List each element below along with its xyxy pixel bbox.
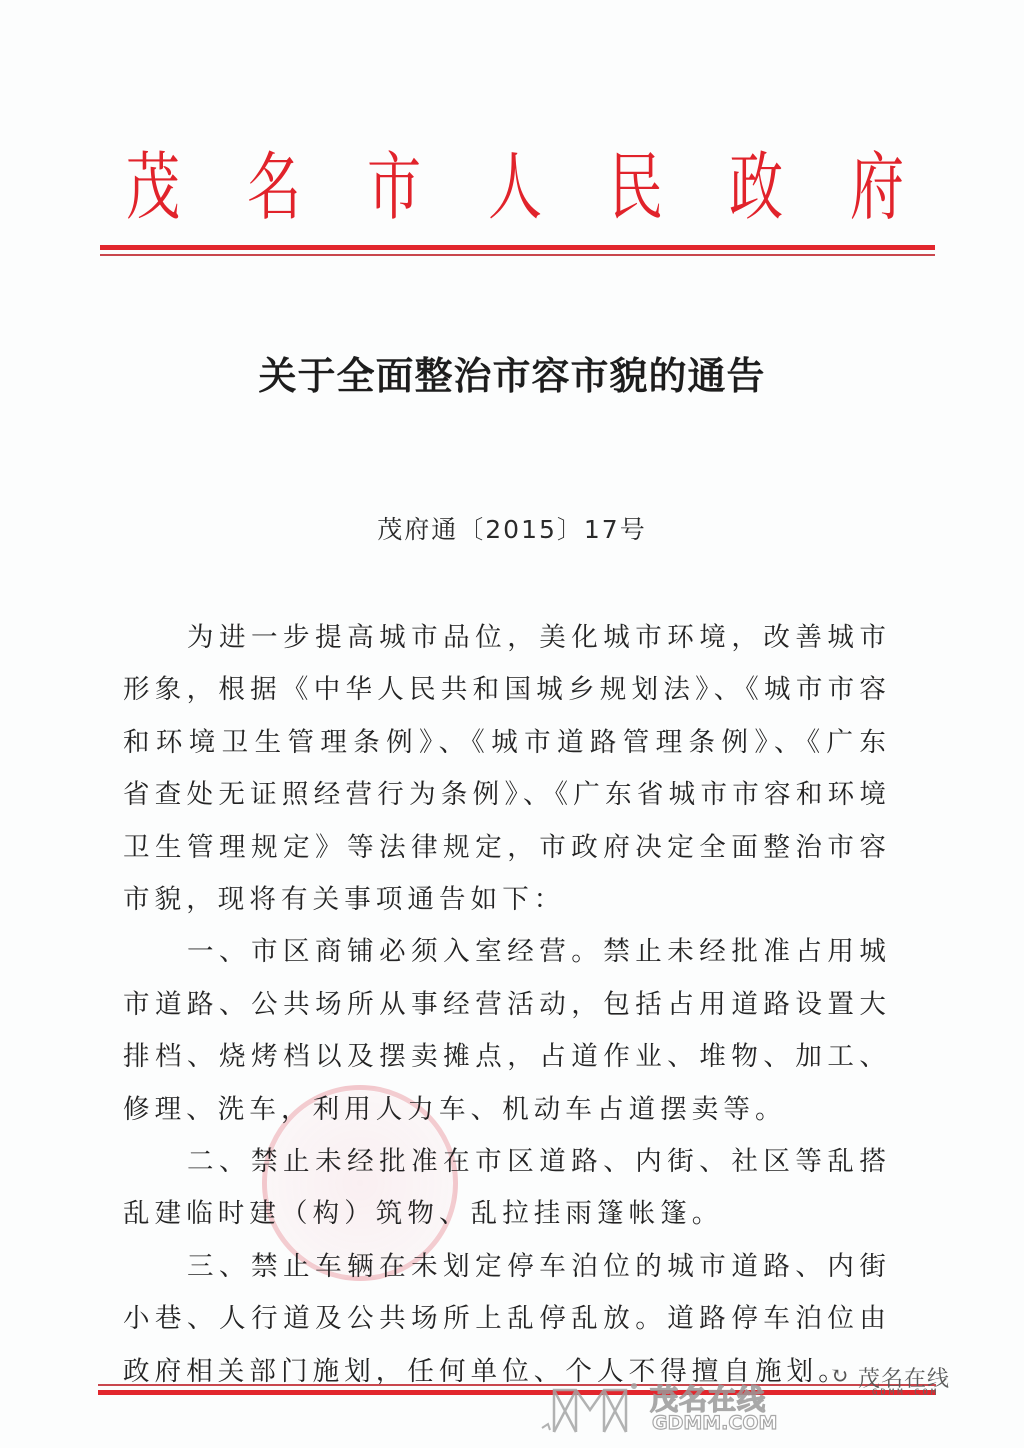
site-watermark-center: 茂名在线 GDMM.COM — [540, 1378, 780, 1438]
swirl-logo-icon: ↻ — [830, 1364, 848, 1389]
masthead-char: 市 — [367, 151, 421, 225]
paragraph-item-3: 三、禁止车辆在未划定停车泊位的城市道路、内街小巷、人行道及公共场所上乱停乱放。道… — [123, 1241, 891, 1398]
document-body: 为进一步提高城市品位，美化城市环境，改善城市形象，根据《中华人民共和国城乡规划法… — [123, 612, 891, 1398]
document-title: 关于全面整治市容市貌的通告 — [0, 345, 1024, 400]
gdmm-logo-icon — [540, 1378, 650, 1438]
masthead-char: 政 — [729, 151, 783, 225]
paragraph-item-1: 一、市区商铺必须入室经营。禁止未经批准占用城市道路、公共场所从事经营活动，包括占… — [123, 926, 891, 1136]
footer-rule-thin — [98, 1384, 936, 1386]
paragraph-item-2: 二、禁止未经批准在市区道路、内街、社区等乱搭乱建临时建（构）筑物、乱拉挂雨篷帐篷… — [123, 1136, 891, 1241]
header-rule-thin — [100, 254, 935, 256]
masthead-char: 人 — [488, 151, 542, 225]
header-rule-thick — [100, 245, 935, 250]
paragraph-intro: 为进一步提高城市品位，美化城市环境，改善城市形象，根据《中华人民共和国城乡规划法… — [123, 612, 891, 926]
issuer-masthead: 茂 名 市 人 民 政 府 — [120, 140, 910, 235]
watermark-right-en: GDMM.COM — [872, 1388, 939, 1398]
masthead-char: 府 — [850, 151, 904, 225]
footer-rule-thick — [98, 1390, 936, 1395]
document-page: 茂 名 市 人 民 政 府 关于全面整治市容市貌的通告 茂府通〔2015〕17号… — [0, 0, 1024, 1448]
masthead-char: 民 — [609, 151, 663, 225]
masthead-char: 茂 — [126, 151, 180, 225]
watermark-en: GDMM.COM — [652, 1412, 777, 1434]
site-watermark-right: ↻ 茂名在线 GDMM.COM — [830, 1362, 980, 1402]
document-number: 茂府通〔2015〕17号 — [0, 510, 1024, 546]
masthead-char: 名 — [247, 151, 301, 225]
